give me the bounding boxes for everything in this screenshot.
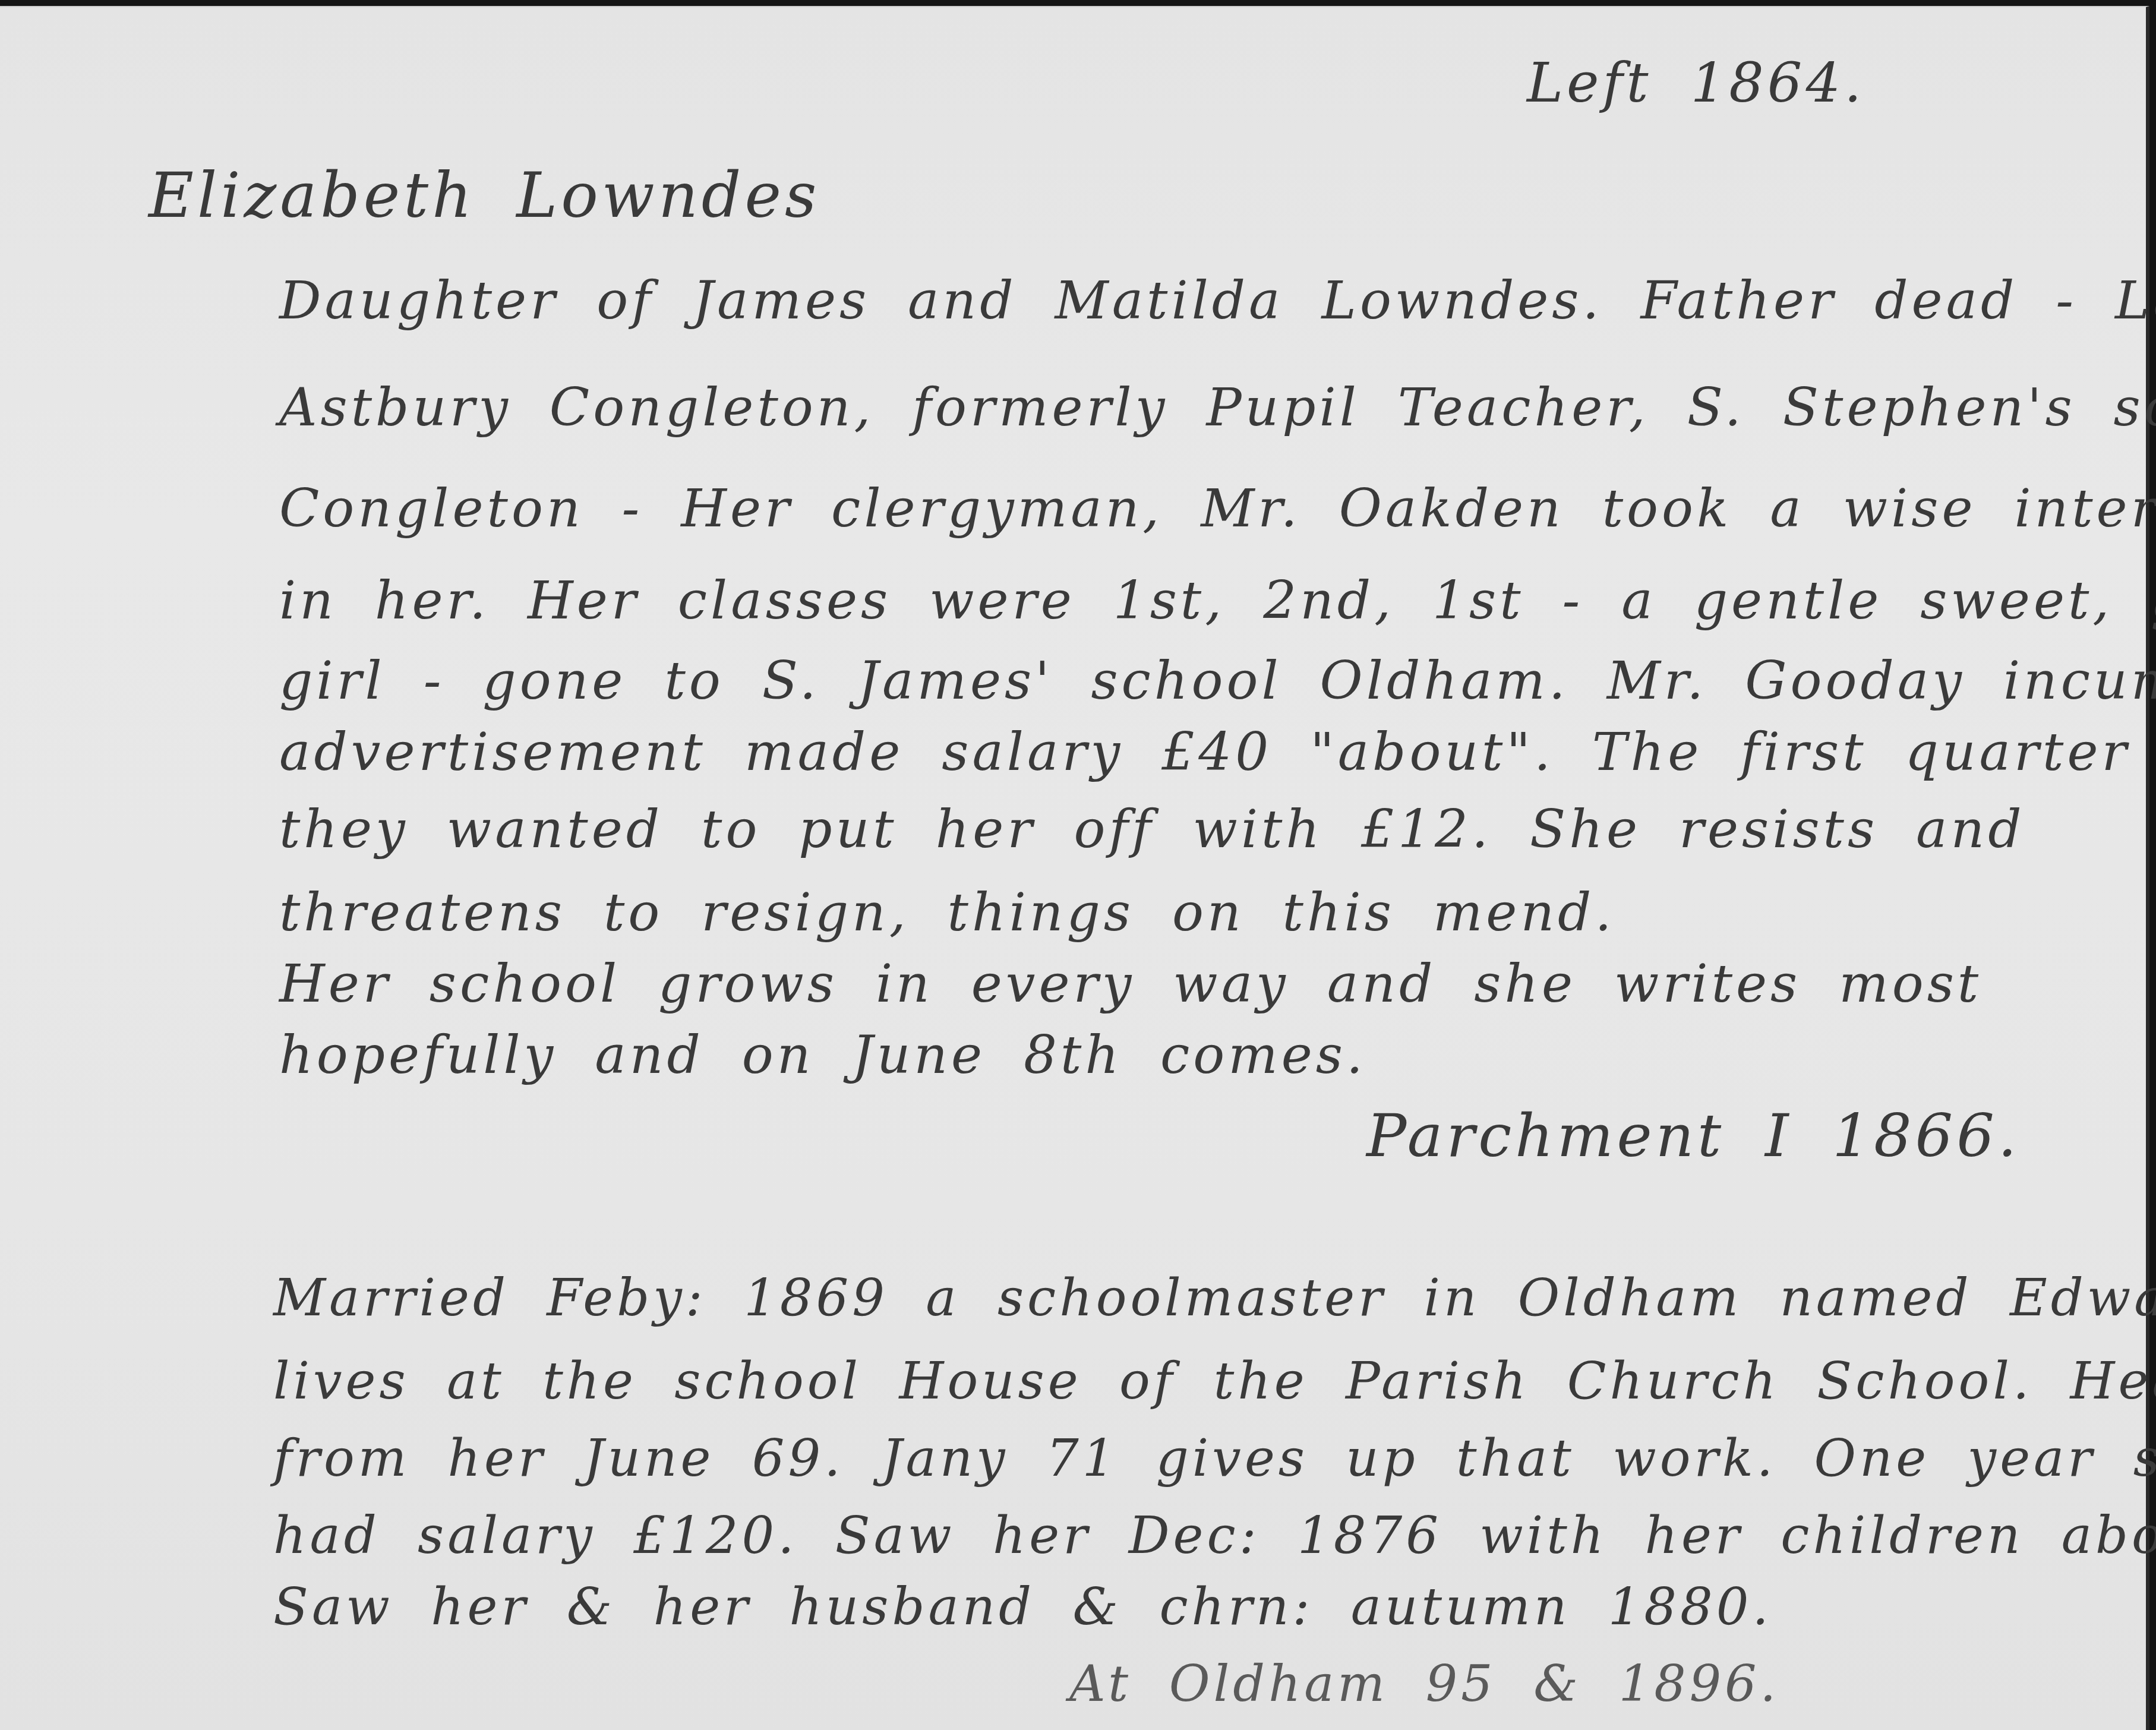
parchment-note: Parchment I 1866. [1366,1106,2021,1166]
later-line: had salary £120. Saw her Dec: 1876 with … [273,1510,2156,1561]
left-date-note: Left 1864. [1527,56,1865,111]
scan-background: Left 1864. Elizabeth Lowndes Daughter of… [0,0,2156,1730]
body-line: girl - gone to S. James' school Oldham. … [279,655,2156,707]
body-line: Astbury Congleton, formerly Pupil Teache… [279,381,2156,434]
body-line: advertisement made salary £40 "about". T… [279,726,2130,778]
later-line: Saw her & her husband & chrn: autumn 188… [273,1581,1772,1633]
later-line: lives at the school House of the Parish … [273,1356,2156,1407]
body-line: hopefully and on June 8th comes. [279,1029,1366,1081]
document-page: Left 1864. Elizabeth Lowndes Daughter of… [0,6,2149,1730]
later-line: from her June 69. Jany 71 gives up that … [273,1433,2156,1484]
person-name-heading: Elizabeth Lowndes [149,165,820,226]
body-line: Her school grows in every way and she wr… [279,958,1982,1010]
footer-location-note: At Oldham 95 & 1896. [1069,1659,1779,1709]
body-line: Congleton - Her clergyman, Mr. Oakden to… [279,482,2156,535]
body-line: in her. Her classes were 1st, 2nd, 1st -… [279,574,2156,627]
later-line: Married Feby: 1869 a schoolmaster in Old… [273,1273,2156,1324]
body-line: they wanted to put her off with £12. She… [279,803,2025,855]
body-line: Daughter of James and Matilda Lowndes. F… [279,274,2156,327]
body-line: threatens to resign, things on this mend… [279,886,1615,939]
